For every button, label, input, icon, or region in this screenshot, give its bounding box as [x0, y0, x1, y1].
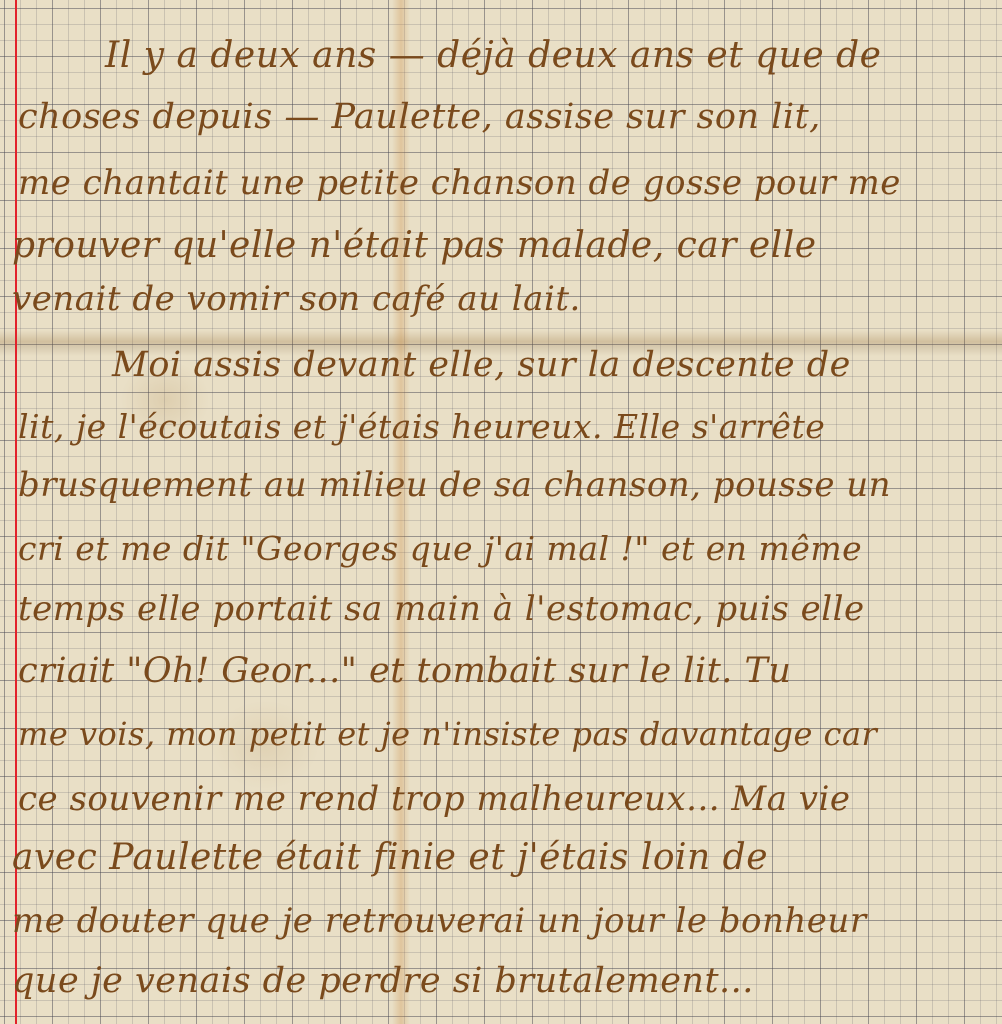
letter-line: cri et me dit "Georges que j'ai mal !" e… [18, 532, 862, 565]
handwritten-letter-body: Il y a deux ans — déjà deux ans et que d… [0, 0, 1002, 1024]
letter-line: Moi assis devant elle, sur la descente d… [112, 348, 851, 383]
letter-line: avec Paulette était finie et j'étais loi… [12, 840, 768, 876]
letter-line: brusquement au milieu de sa chanson, pou… [18, 468, 891, 502]
letter-line: que je venais de perdre si brutalement..… [12, 964, 754, 999]
letter-line: criait "Oh! Geor..." et tombait sur le l… [18, 654, 791, 689]
letter-line: prouver qu'elle n'était pas malade, car … [12, 228, 817, 264]
letter-line: me douter que je retrouverai un jour le … [12, 904, 867, 938]
letter-line: me chantait une petite chanson de gosse … [18, 166, 901, 200]
letter-line: ce souvenir me rend trop malheureux... M… [18, 782, 851, 816]
letter-line: choses depuis — Paulette, assise sur son… [18, 100, 821, 135]
letter-line: venait de vomir son café au lait. [12, 282, 581, 316]
letter-line: me vois, mon petit et je n'insiste pas d… [18, 718, 877, 750]
letter-line: Il y a deux ans — déjà deux ans et que d… [105, 38, 881, 74]
letter-line: lit, je l'écoutais et j'étais heureux. E… [18, 410, 825, 443]
graph-paper-page: Il y a deux ans — déjà deux ans et que d… [0, 0, 1002, 1024]
letter-line: temps elle portait sa main à l'estomac, … [18, 592, 865, 626]
